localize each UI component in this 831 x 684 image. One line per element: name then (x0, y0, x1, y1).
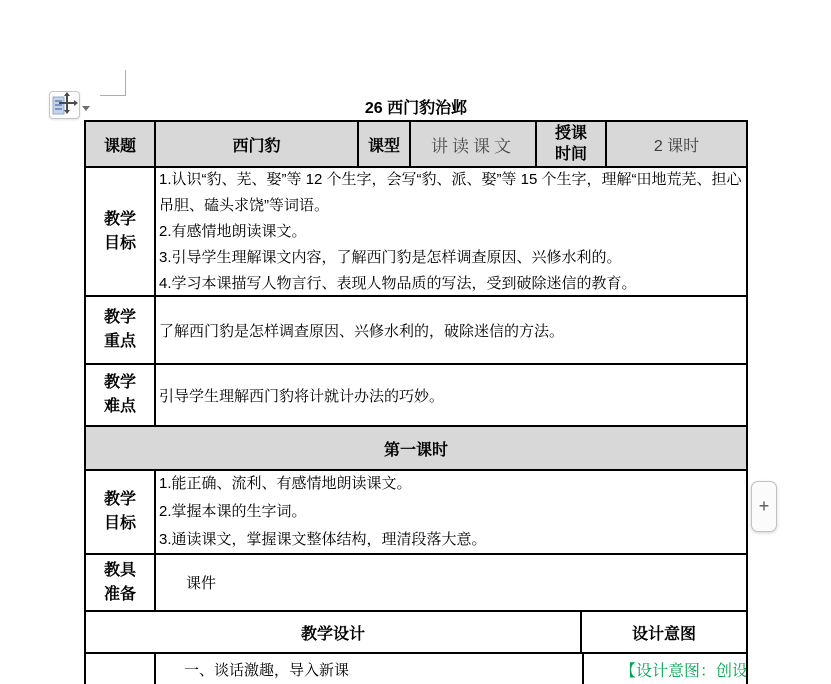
design-header-left: 教学设计 (86, 612, 582, 652)
design-body-intent: 【设计意图：创设 (584, 654, 746, 684)
difficulty-label: 教学难点 (86, 365, 156, 425)
session-title: 第一课时 (86, 427, 746, 469)
table-row-aids: 教具准备 课件 (86, 555, 746, 612)
lesson-plan-table: 课题 西门豹 课型 讲读课文 授课时间 2 课时 教学目标 1.认识“豹、芜、娶… (84, 120, 748, 684)
design-header-right: 设计意图 (582, 612, 746, 652)
goals2-content: 1.能正确、流利、有感情地朗读课文。2.掌握本课的生字词。3.通读课文，掌握课文… (156, 471, 746, 553)
add-button[interactable]: + (751, 481, 777, 532)
table-row-design-header: 教学设计 设计意图 (86, 612, 746, 654)
design-body-empty-cell (86, 654, 156, 684)
header-time-label: 授课时间 (537, 122, 607, 166)
header-type-value: 讲读课文 (411, 122, 537, 166)
table-row-header: 课题 西门豹 课型 讲读课文 授课时间 2 课时 (86, 122, 746, 168)
header-type-label: 课型 (359, 122, 411, 166)
header-time-value: 2 课时 (607, 122, 746, 166)
header-lesson-value: 西门豹 (156, 122, 359, 166)
list-line: 2.掌握本课的生字词。 (159, 498, 743, 526)
aids-content: 课件 (156, 555, 746, 610)
page-title: 26 西门豹治邺 (84, 95, 748, 118)
document-page: + 26 西门豹治邺 课题 西门豹 课型 讲读课文 授课时间 2 课时 教学目标… (0, 0, 831, 684)
list-line: 1.认识“豹、芜、娶”等 12 个生字，会写“豹、派、娶”等 15 个生字，理解… (159, 167, 743, 219)
header-lesson-label: 课题 (86, 122, 156, 166)
key-points-label: 教学重点 (86, 297, 156, 363)
paste-options-button[interactable] (49, 91, 80, 119)
list-line: 3.通读课文，掌握课文整体结构，理清段落大意。 (159, 526, 743, 554)
difficulty-content: 引导学生理解西门豹将计就计办法的巧妙。 (156, 365, 746, 425)
key-points-content: 了解西门豹是怎样调查原因、兴修水利的，破除迷信的方法。 (156, 297, 746, 363)
table-row-difficulty: 教学难点 引导学生理解西门豹将计就计办法的巧妙。 (86, 365, 746, 427)
list-line: 3.引导学生理解课文内容，了解西门豹是怎样调查原因、兴修水利的。 (159, 245, 743, 271)
table-row-session: 第一课时 (86, 427, 746, 471)
table-row-goals1: 教学目标 1.认识“豹、芜、娶”等 12 个生字，会写“豹、派、娶”等 15 个… (86, 168, 746, 297)
table-row-goals2: 教学目标 1.能正确、流利、有感情地朗读课文。2.掌握本课的生字词。3.通读课文… (86, 471, 746, 555)
aids-label: 教具准备 (86, 555, 156, 610)
goals2-label: 教学目标 (86, 471, 156, 553)
list-line: 2.有感情地朗读课文。 (159, 219, 743, 245)
list-line: 4.学习本课描写人物言行、表现人物品质的写法，受到破除迷信的教育。 (159, 271, 743, 297)
table-row-design-body: 一、谈话激趣，导入新课 【设计意图：创设 (86, 654, 746, 684)
plus-icon: + (759, 496, 770, 517)
list-line: 1.能正确、流利、有感情地朗读课文。 (159, 470, 743, 498)
goals1-label: 教学目标 (86, 168, 156, 295)
goals1-content: 1.认识“豹、芜、娶”等 12 个生字，会写“豹、派、娶”等 15 个生字，理解… (156, 168, 746, 295)
paste-options-icon (50, 92, 79, 118)
table-row-key-points: 教学重点 了解西门豹是怎样调查原因、兴修水利的，破除迷信的方法。 (86, 297, 746, 365)
page-margin-crop-mark (125, 70, 126, 96)
design-body-step: 一、谈话激趣，导入新课 (156, 654, 584, 684)
